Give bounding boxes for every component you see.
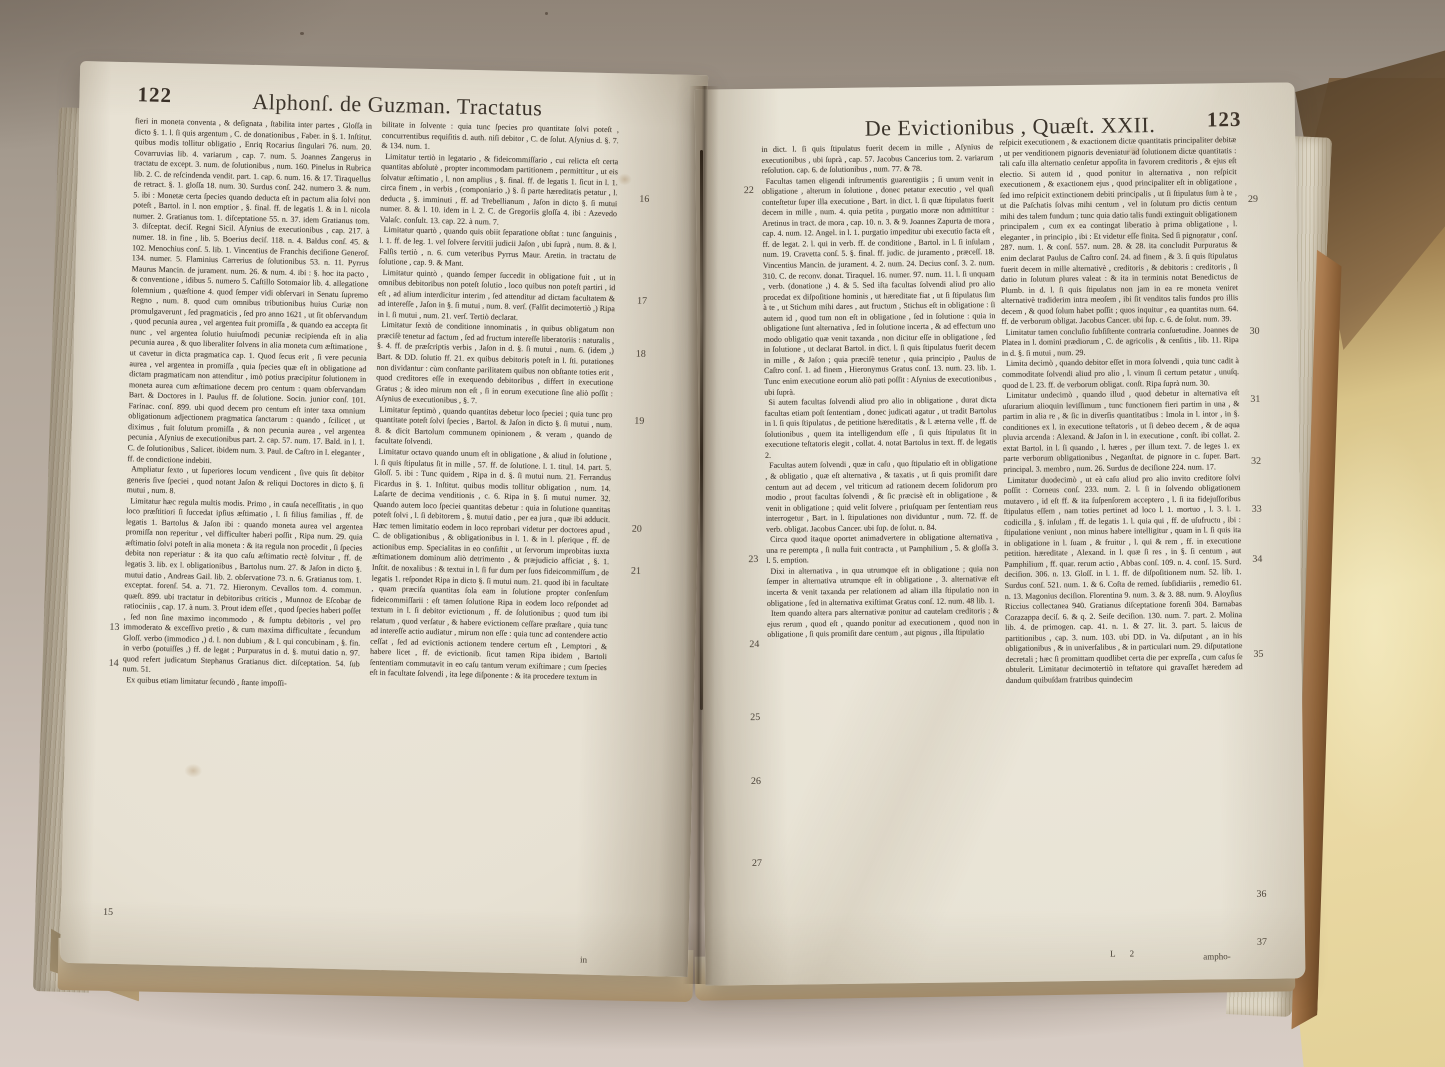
left-page: 122 Alphonſ. de Guzman. Tractatus fieri … <box>60 61 708 977</box>
margin-number: 35 <box>1241 649 1263 660</box>
margin-number: 15 <box>91 906 113 917</box>
margin-number: 21 <box>619 565 641 576</box>
text-column-right-2: reſpicit executionem , & exactionem dict… <box>999 135 1246 944</box>
margin-number: 17 <box>625 295 647 306</box>
page-number-left: 122 <box>137 82 172 108</box>
margin-number: 16 <box>627 193 649 204</box>
margin-number: 20 <box>620 523 642 534</box>
table-speck <box>545 12 548 15</box>
margin-number: 24 <box>737 639 759 650</box>
margin-number: 23 <box>736 554 758 565</box>
catchword-right: ampho- <box>1203 951 1231 961</box>
margin-number: 13 <box>97 622 119 633</box>
margin-number: 30 <box>1237 326 1259 337</box>
text-column-right-1: in dict. l. ſi quis ſtipulatus fuerit de… <box>761 142 1003 945</box>
margin-number: 37 <box>1245 937 1267 948</box>
text-column-left-1: fieri in moneta conventa , & deſignata ,… <box>116 116 372 953</box>
catchword-left: in <box>580 955 587 965</box>
margin-number: 31 <box>1238 394 1260 405</box>
margin-number: 29 <box>1236 194 1258 205</box>
margin-number: 32 <box>1239 456 1261 467</box>
margin-number: 19 <box>622 415 644 426</box>
signature-mark: L 2 <box>1110 948 1140 958</box>
margin-number: 25 <box>738 712 760 723</box>
margin-number: 34 <box>1240 554 1262 565</box>
foxing-spot <box>1196 233 1208 243</box>
text-column-left-2: bilitate in ſolvente : quia tunc ſpecies… <box>363 120 619 965</box>
right-page: De Evictionibus , Quæſt. XXII. 123 in di… <box>695 82 1306 985</box>
margin-number: 33 <box>1240 504 1262 515</box>
margin-number: 18 <box>624 348 646 359</box>
photo-scene: 122 Alphonſ. de Guzman. Tractatus fieri … <box>0 0 1445 1067</box>
margin-number: 27 <box>740 858 762 869</box>
margin-number: 36 <box>1244 889 1266 900</box>
gutter-stitching <box>700 150 703 710</box>
margin-number: 22 <box>732 185 754 196</box>
margin-number: 14 <box>97 658 119 669</box>
margin-number: 26 <box>739 776 761 787</box>
table-speck <box>300 32 304 35</box>
margin-numbers-left: 222324252627 <box>731 89 764 985</box>
running-title-left: Alphonſ. de Guzman. Tractatus <box>227 88 568 122</box>
